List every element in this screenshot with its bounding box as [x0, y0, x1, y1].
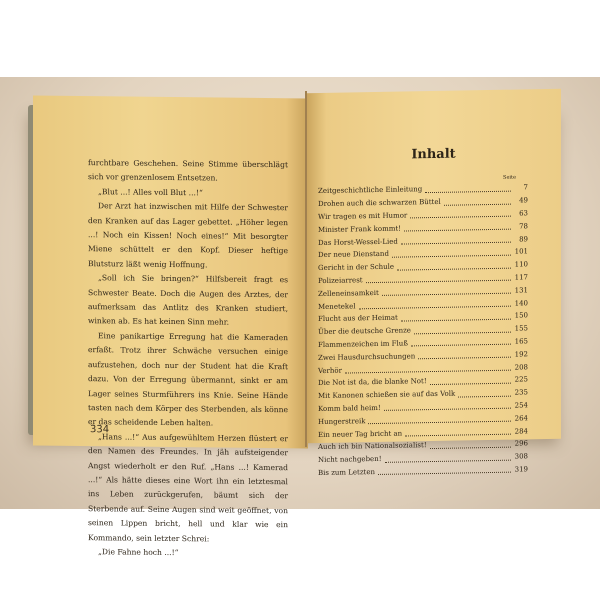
toc-entry-title: Zelleneinsamkeit [318, 289, 379, 298]
toc-entry-page: 192 [514, 350, 528, 358]
toc-entry-title: Nicht nachgeben! [318, 455, 382, 464]
toc-entry-page: 319 [514, 465, 528, 473]
dot-leader [430, 440, 511, 448]
dot-leader [425, 185, 511, 193]
toc-entry-title: Die Not ist da, die blanke Not! [318, 377, 427, 387]
toc-entry-title: Bis zum Letzten [318, 468, 375, 477]
toc-entry-page: 264 [514, 414, 528, 422]
toc-entry-title: Über die deutsche Grenze [318, 327, 411, 337]
dot-leader [385, 453, 511, 462]
dot-leader [345, 364, 511, 374]
toc-entry-title: Hungerstreik [318, 417, 365, 426]
dot-leader [405, 428, 511, 437]
toc-entry-title: Das Horst-Wessel-Lied [318, 237, 398, 246]
toc-entry-page: 208 [514, 363, 528, 371]
toc-entry-title: Ein neuer Tag bricht an [318, 429, 402, 438]
toc-entry-title: Drohen auch die schwarzen Büttel [318, 198, 441, 208]
toc-entry-title: Polizeiarrest [318, 276, 363, 285]
dot-leader [410, 210, 511, 219]
toc-entry-title: Zwei Hausdurchsuchungen [318, 352, 415, 362]
paragraph: „Die Fahne hoch ...!“ [88, 545, 288, 562]
toc-entry-page: 225 [514, 376, 528, 384]
right-page: Inhalt Seite Zeitgeschichtliche Einleitu… [306, 89, 561, 443]
toc-entry-title: Mit Kanonen schießen sie auf das Volk [318, 390, 455, 400]
toc-entry-page: 308 [514, 452, 528, 460]
toc-title: Inhalt [306, 145, 561, 164]
dot-leader [359, 300, 511, 310]
page-number: 334 [90, 424, 109, 435]
paragraph: „Hans ...!“ Aus aufgewühltem Herzen flüs… [88, 430, 288, 547]
toc-entry-title: Zeitgeschichtliche Einleitung [318, 186, 422, 196]
dot-leader [430, 376, 511, 384]
dot-leader [382, 287, 511, 296]
left-page: furchtbare Geschehen. Seine Stimme übers… [33, 96, 308, 449]
toc-entry-title: Der neue Dienstand [318, 250, 389, 259]
toc-entry-page: 117 [514, 273, 528, 281]
toc-entry-page: 235 [514, 388, 528, 396]
dot-leader [401, 236, 511, 245]
dot-leader [444, 197, 511, 205]
paragraph: Der Arzt hat inzwischen mit Hilfe der Sc… [88, 199, 288, 273]
toc-entry-page: 284 [514, 427, 528, 435]
toc-entry-page: 155 [514, 325, 528, 333]
toc-entry-page: 150 [514, 312, 528, 320]
toc-entry-page: 131 [514, 286, 528, 294]
toc-entry-title: Komm bald heim! [318, 404, 381, 413]
toc-entry: Bis zum Letzten319 [318, 463, 528, 479]
toc-entry-page: 254 [514, 401, 528, 409]
book-spine-gutter [305, 91, 307, 447]
paragraph: furchtbare Geschehen. Seine Stimme übers… [88, 156, 288, 187]
left-page-text: furchtbare Geschehen. Seine Stimme übers… [88, 156, 288, 561]
toc-entry-page: 140 [514, 299, 528, 307]
toc-entry-title: Flucht aus der Heimat [318, 314, 398, 323]
toc-entry-title: Verhör [318, 366, 342, 374]
toc-entry-title: Minister Frank kommt! [318, 224, 401, 233]
toc-entry-title: Menetekel [318, 302, 356, 311]
photo-background: furchtbare Geschehen. Seine Stimme übers… [0, 77, 600, 509]
toc-column-label: Seite [503, 175, 516, 181]
table-of-contents: Zeitgeschichtliche Einleitung7Drohen auc… [318, 181, 528, 479]
toc-entry-page: 63 [514, 209, 528, 217]
toc-entry-page: 165 [514, 337, 528, 345]
toc-entry-title: Gericht in der Schule [318, 263, 394, 272]
toc-entry-page: 7 [514, 184, 528, 192]
dot-leader [392, 249, 511, 258]
dot-leader [368, 415, 511, 424]
dot-leader [401, 313, 511, 322]
dot-leader [458, 389, 511, 397]
dot-leader [404, 223, 511, 232]
toc-entry-page: 89 [514, 235, 528, 243]
dot-leader [378, 466, 511, 475]
paragraph: „Soll ich Sie bringen?“ Hilfsbereit frag… [88, 271, 288, 331]
dot-leader [411, 338, 511, 347]
dot-leader [384, 402, 511, 411]
toc-entry-page: 49 [514, 197, 528, 205]
toc-entry-page: 296 [514, 440, 528, 448]
toc-entry-title: Auch ich bin Nationalsozialist! [318, 441, 427, 451]
toc-entry-page: 110 [514, 261, 528, 269]
paragraph: Eine panikartige Erregung hat die Kamera… [88, 329, 288, 432]
dot-leader [366, 274, 511, 284]
toc-entry-title: Wir tragen es mit Humor [318, 211, 407, 221]
toc-entry-title: Flammenzeichen im Fluß [318, 339, 408, 349]
dot-leader [414, 325, 511, 334]
dot-leader [397, 261, 511, 270]
toc-entry-page: 101 [514, 248, 528, 256]
toc-entry-page: 78 [514, 222, 528, 230]
dot-leader [418, 351, 511, 360]
